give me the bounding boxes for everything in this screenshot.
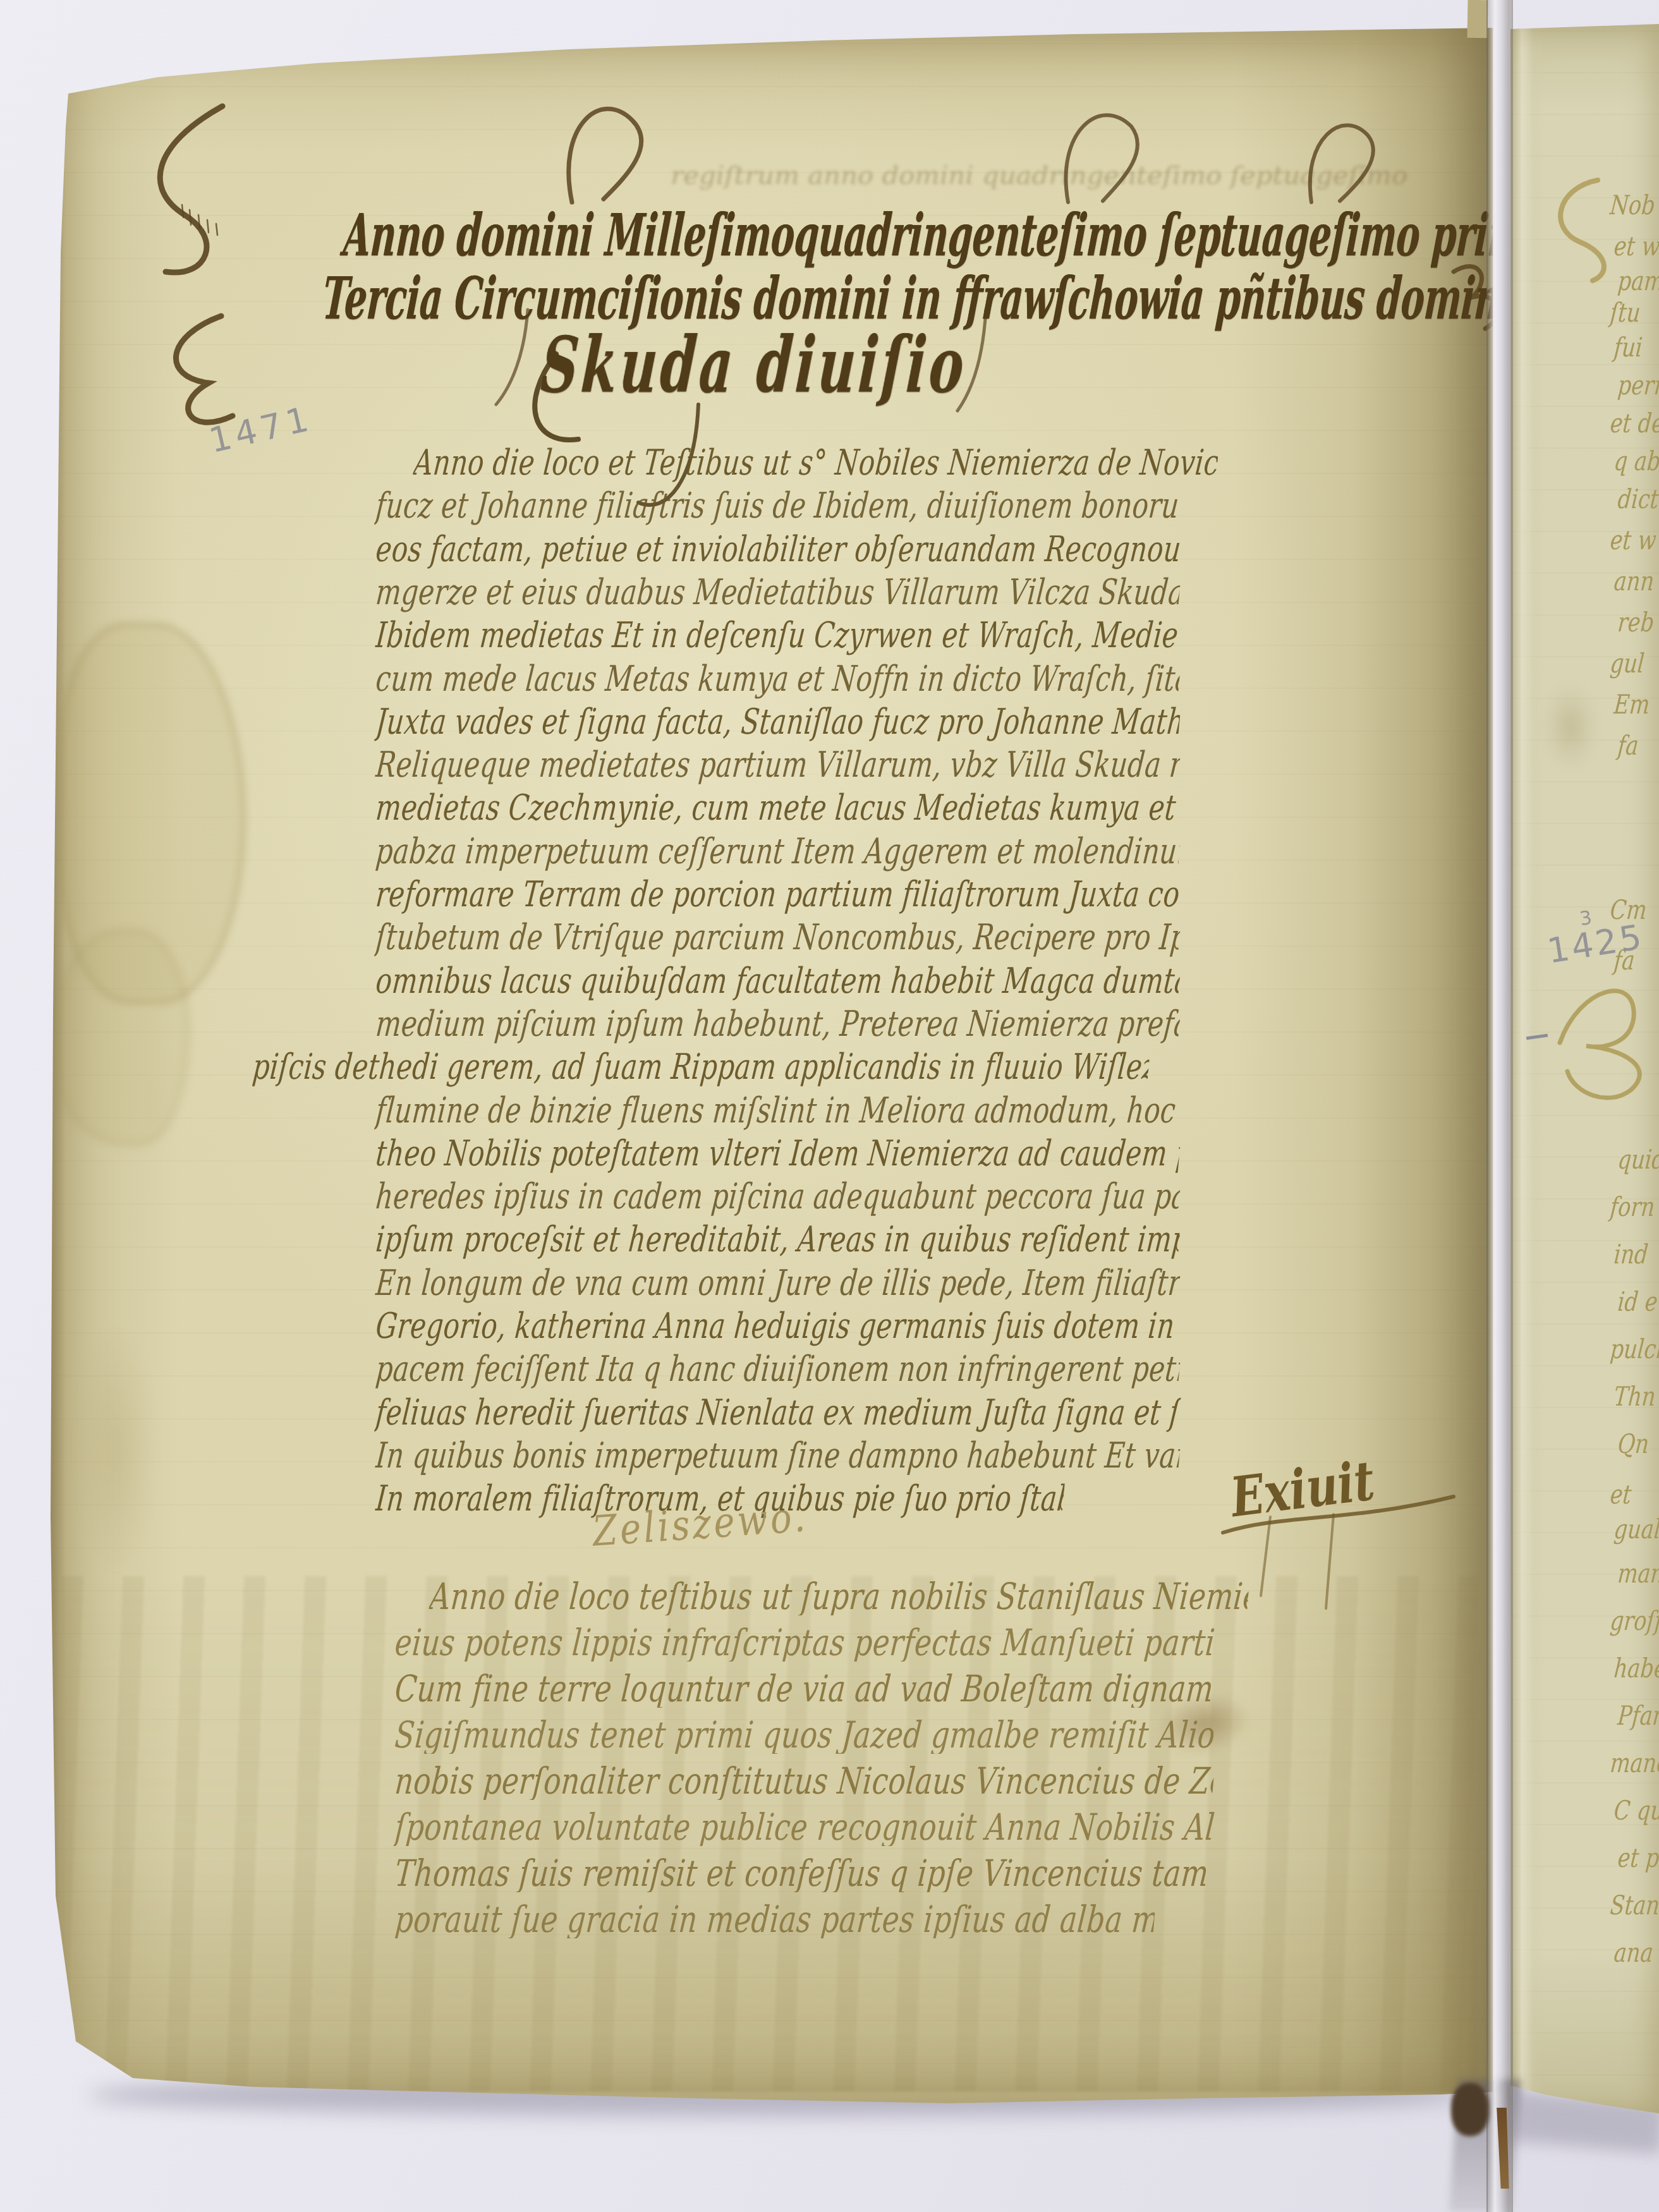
edge-text-fragment: pulch [1609, 1334, 1659, 1364]
glass-holding-rod [1486, 0, 1513, 2212]
edge-text-fragment: gul [1609, 648, 1646, 679]
edge-text-fragment: ſtu [1609, 297, 1642, 328]
edge-text-fragment: dict [1617, 483, 1659, 514]
manuscript-line: piſcis dethedi gerem, ad ſuam Rippam app… [251, 1047, 1150, 1087]
manuscript-line: mgerze et eius duabus Medietatibus Villa… [374, 572, 1181, 612]
manuscript-line: feliuas heredit ſueritas Nienlata ex med… [374, 1392, 1181, 1433]
edge-text-fragment: et prim [1617, 1842, 1659, 1873]
edge-text-fragment: q ab [1613, 446, 1659, 477]
parchment-tab [1467, 0, 1488, 38]
edge-text-fragment: fa [1617, 730, 1640, 761]
edge-text-fragment: Nob [1609, 190, 1656, 221]
manuscript-line: eius potens lippis infraſcriptas perfect… [394, 1621, 1215, 1662]
paragraph-1: Anno die loco et Teſtibus ut s° Nobiles … [378, 442, 1579, 1529]
manuscript-line: theo Nobilis poteſtatem vlteri Idem Niem… [374, 1133, 1181, 1174]
manuscript-line: En longum de vna cum omni Jure de illis … [374, 1263, 1181, 1303]
edge-text-fragment: pam [1617, 265, 1659, 296]
edge-text-fragment: C quo [1613, 1795, 1659, 1826]
manuscript-line: Anno die loco teſtibus ut ſupra nobilis … [428, 1575, 1250, 1615]
edge-text-fragment: et w [1609, 525, 1658, 556]
entry-title: Skuda diuiſio [538, 319, 970, 410]
edge-text-fragments: Nobet wpamſtufuiperneet deq abdictet wan… [1507, 24, 1659, 2117]
edge-text-fragment: et de [1609, 408, 1659, 439]
edge-text-fragment: id e [1617, 1286, 1659, 1317]
edge-text-fragment: reb [1617, 607, 1656, 638]
edge-text-fragment: perne [1617, 370, 1659, 401]
edge-text-fragment: groſſor [1609, 1605, 1659, 1636]
manuscript-line: omnibus lacus quibuſdam facultatem habeb… [374, 961, 1181, 1001]
edge-text-fragment: man [1617, 1558, 1659, 1589]
heading-line-1: Anno domini Milleſimoquadringenteſimo ſe… [341, 201, 1655, 269]
left-folio-parchment: regiſtrum anno domini quadringenteſimo ſ… [49, 28, 1493, 2107]
scanned-manuscript-photo: { "document": { "kind": "medieval manusc… [0, 0, 1659, 2212]
edge-stain [62, 1285, 169, 1614]
manuscript-line: In quibus bonis imperpetuum ſine dampno … [374, 1435, 1181, 1476]
manuscript-line: Cum fine terre loquntur de via ad vad Bo… [394, 1667, 1215, 1708]
paragraph-2: Anno die loco teſtibus ut ſupra nobilis … [397, 1575, 1509, 1979]
margin-year-1471: 1471 [205, 398, 316, 461]
manuscript-line: flumine de binzie fluens miſslint in Mel… [374, 1090, 1181, 1131]
manuscript-line: Anno die loco et Teſtibus ut s° Nobiles … [412, 442, 1219, 483]
edge-text-fragment: fui [1613, 332, 1644, 363]
edge-text-fragment: Qn [1617, 1428, 1650, 1459]
edge-text-fragment: habend [1613, 1653, 1659, 1684]
edge-text-fragment: Em [1613, 689, 1651, 720]
manuscript-line: Gregorio, katherina Anna heduigis german… [374, 1306, 1181, 1346]
edge-text-fragment: et [1609, 1479, 1633, 1510]
manuscript-line: medium piſcium ipſum habebunt, Preterea … [374, 1004, 1181, 1044]
edge-text-fragment: ind [1613, 1239, 1650, 1270]
manuscript-line: pabza imperpetuum ceſſerunt Item Aggerem… [374, 831, 1181, 872]
right-folio-parchment: Nobet wpamſtufuiperneet deq abdictet wan… [1507, 24, 1659, 2117]
manuscript-line: Sigiſmundus tenet primi quos Jazed gmalb… [394, 1713, 1215, 1754]
water-stain [56, 929, 190, 1145]
manuscript-line: Ibidem medietas Et in deſcenſu Czyrwen e… [374, 615, 1181, 655]
edge-text-fragment: ana [1613, 1937, 1655, 1968]
manuscript-line: ſtubetum de Vtriſque parcium Noncombus, … [374, 917, 1181, 957]
manuscript-line: fucz et Johanne filiaſtris ſuis de Ibide… [374, 485, 1181, 526]
edge-text-fragment: quid [1617, 1144, 1659, 1175]
manuscript-line: Reliqueque medietates partium Villarum, … [374, 744, 1181, 785]
manuscript-line: ipſum proceſsit et hereditabit, Areas in… [374, 1219, 1181, 1260]
binding-shadow-blob [1451, 2083, 1489, 2136]
edge-text-fragment: Thn [1613, 1381, 1657, 1412]
manuscript-line: Thomas ſuis remiſsit et confeſſus q ipſe… [394, 1852, 1215, 1892]
edge-text-fragment: forn [1609, 1191, 1656, 1222]
manuscript-line: nobis perſonaliter conſtitutus Nicolaus … [394, 1759, 1215, 1800]
edge-text-fragment: guali [1613, 1514, 1659, 1545]
manuscript-line: ſpontanea voluntate publice recognouit A… [394, 1806, 1215, 1846]
edge-text-fragment: ann [1613, 566, 1655, 597]
edge-text-fragment: manci [1609, 1747, 1659, 1778]
manuscript-line: pacem feciſſent Ita q hanc diuiſionem no… [374, 1349, 1181, 1389]
ink-showthrough-text: regiſtrum anno domini quadringenteſimo ſ… [671, 161, 1421, 193]
manuscript-line: cum mede lacus Metas kumya et Noffn in d… [374, 659, 1181, 699]
manuscript-line: heredes ipſius in cadem piſcina adequabu… [374, 1176, 1181, 1217]
manuscript-line: Juxta vades et ſigna facta, Staniſlao fu… [374, 702, 1181, 742]
edge-text-fragment: et w [1613, 231, 1659, 262]
manuscript-line: eos factam, petiue et inviolabiliter obſ… [374, 529, 1181, 569]
edge-text-fragment: Staniſ [1609, 1890, 1659, 1921]
manuscript-line: medietas Czechmynie, cum mete lacus Medi… [374, 787, 1181, 828]
manuscript-line: reformare Terram de porcion partium fili… [374, 874, 1181, 915]
manuscript-line: porauit ſue gracia in medias partes ipſi… [394, 1898, 1156, 1938]
edge-text-fragment: Pfan [1617, 1700, 1659, 1731]
